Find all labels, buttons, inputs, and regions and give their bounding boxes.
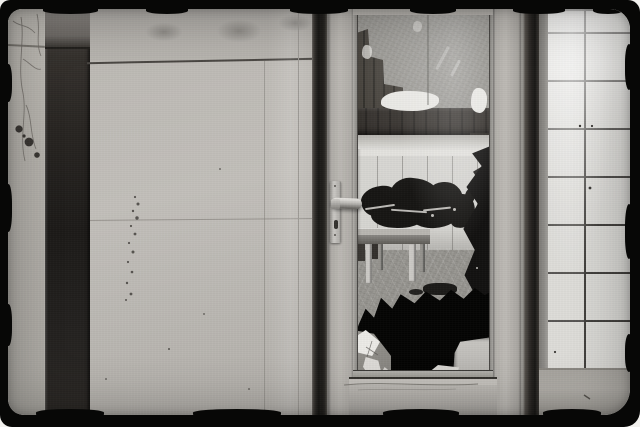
film-border-bump — [625, 334, 630, 372]
door-jamb-right — [521, 9, 539, 415]
peeling-paint-patch — [381, 91, 439, 111]
film-border-bump — [36, 409, 104, 415]
dark-pillar — [45, 9, 90, 415]
door-handle — [329, 179, 365, 245]
floor-debris — [409, 289, 423, 295]
cracked-wall — [8, 9, 48, 415]
concrete-base — [539, 368, 630, 415]
table-apron — [354, 235, 430, 244]
screw-icon — [334, 234, 336, 236]
table-leg — [378, 244, 383, 270]
frame-edge — [539, 9, 548, 415]
glazing-bead-bottom — [353, 370, 493, 377]
lintel-beam — [353, 108, 493, 136]
film-border-bump — [625, 204, 630, 259]
graffiti-dot — [431, 214, 434, 217]
handle-hub — [331, 199, 340, 209]
film-border-bump — [625, 44, 630, 90]
panel-seam-vertical-faint — [264, 61, 265, 415]
peeling-paint-patch — [362, 45, 372, 59]
door-window — [353, 15, 493, 377]
table-leg — [409, 244, 416, 281]
pillar-cap — [45, 9, 90, 49]
photo-stage — [0, 0, 640, 427]
door-jamb-left — [312, 9, 327, 415]
wall-panel — [90, 9, 312, 415]
door-stile-right — [493, 9, 521, 415]
panel-sheen — [268, 9, 312, 415]
keyhole-icon — [334, 220, 338, 229]
panel-smudge — [208, 15, 270, 47]
film-border-bump — [383, 409, 459, 415]
graffiti-dot — [453, 208, 456, 211]
screw-icon — [334, 185, 336, 187]
table-leg — [420, 244, 425, 272]
peeling-paint-patch — [413, 21, 422, 32]
room-ceiling — [353, 135, 493, 158]
film-border-bump — [543, 409, 601, 415]
film-border-bump — [193, 409, 281, 415]
photograph — [8, 9, 630, 415]
glass-reflection-line — [427, 15, 429, 105]
tile-wall — [548, 9, 630, 368]
door — [327, 9, 521, 415]
table-leg — [366, 244, 372, 283]
peeling-paint-patch — [471, 88, 487, 113]
panel-smudge — [138, 19, 190, 45]
